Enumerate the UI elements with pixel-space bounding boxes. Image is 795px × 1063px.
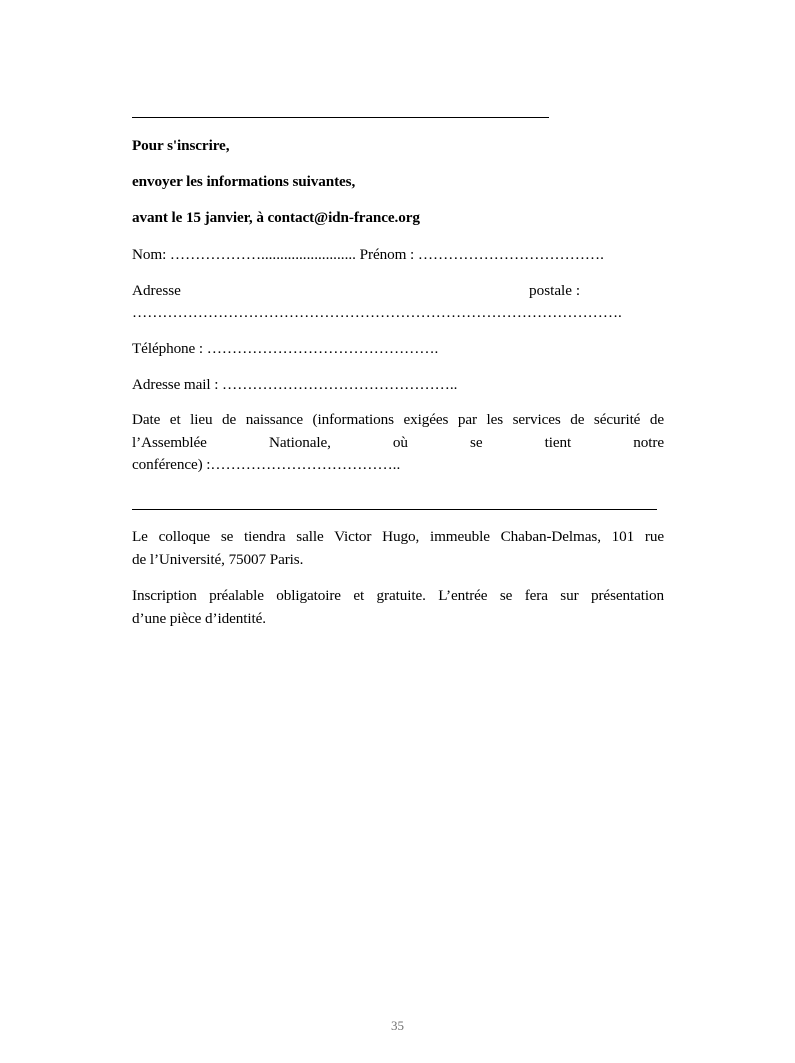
registration-heading: Pour s'inscrire, — [132, 135, 229, 157]
nom-dots: ………………......................... — [170, 246, 356, 263]
naissance-text-1: Date et lieu de naissance (informations … — [132, 409, 664, 432]
registration-instructions: envoyer les informations suivantes, — [132, 171, 355, 193]
nom-label: Nom: — [132, 246, 170, 263]
naissance-line-2: l’Assemblée Nationale, où se tient notre — [132, 432, 664, 455]
inscription-line-1: Inscription préalable obligatoire et gra… — [132, 585, 664, 608]
naissance-word: où — [393, 432, 408, 455]
telephone-dots: ………………………………………. — [207, 340, 439, 357]
naissance-word: Nationale, — [269, 432, 331, 455]
form-field-telephone: Téléphone : ………………………………………. — [132, 338, 438, 360]
form-field-nom-prenom: Nom: ………………......................... Pré… — [132, 244, 604, 266]
naissance-word: l’Assemblée — [132, 432, 207, 455]
naissance-word: tient — [545, 432, 572, 455]
middle-horizontal-rule — [132, 509, 657, 510]
naissance-word: notre — [633, 432, 664, 455]
form-field-adresse-postale: Adresse postale : — [132, 280, 664, 302]
page-number: 35 — [0, 1018, 795, 1034]
venue-line-2: de l’Université, 75007 Paris. — [132, 549, 664, 572]
inscription-line-2: d’une pièce d’identité. — [132, 608, 664, 631]
naissance-conference-label: conférence) : — [132, 456, 210, 473]
postale-label: postale : — [529, 280, 580, 302]
venue-text-1: Le colloque se tiendra salle Victor Hugo… — [132, 526, 664, 549]
document-page: Pour s'inscrire, envoyer les information… — [0, 0, 795, 1063]
naissance-line-3: conférence) :……………………………….. — [132, 454, 664, 477]
form-field-naissance: Date et lieu de naissance (informations … — [132, 409, 664, 477]
venue-line-1: Le colloque se tiendra salle Victor Hugo… — [132, 526, 664, 549]
mail-dots: ……………………………………….. — [222, 376, 457, 393]
adresse-label: Adresse — [132, 282, 181, 299]
mail-label: Adresse mail : — [132, 376, 222, 393]
prenom-dots: ………………………………. — [418, 246, 604, 263]
registration-deadline-email: avant le 15 janvier, à contact@idn-franc… — [132, 207, 420, 229]
venue-paragraph: Le colloque se tiendra salle Victor Hugo… — [132, 526, 664, 571]
naissance-dots: ……………………………….. — [210, 456, 400, 473]
adresse-dots: ……………………………………………………………………………………. — [132, 302, 622, 324]
top-horizontal-rule — [132, 117, 549, 118]
telephone-label: Téléphone : — [132, 340, 207, 357]
form-field-mail: Adresse mail : ……………………………………….. — [132, 374, 457, 396]
inscription-paragraph: Inscription préalable obligatoire et gra… — [132, 585, 664, 630]
naissance-word: se — [470, 432, 482, 455]
inscription-text-1: Inscription préalable obligatoire et gra… — [132, 585, 664, 608]
prenom-label: Prénom : — [356, 246, 418, 263]
naissance-line-1: Date et lieu de naissance (informations … — [132, 409, 664, 432]
